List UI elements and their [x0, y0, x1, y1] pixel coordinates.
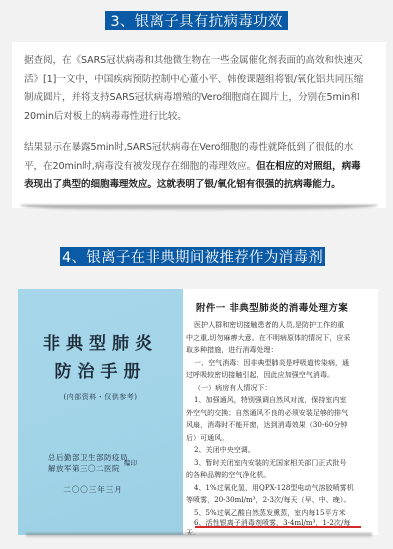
sars-handbook-image: 非典型肺炎 防治手册 (内部资料・仅供参考) 总后勤部卫生部防疫局 解放军第三〇… [18, 289, 378, 535]
doc-line: 中之重,切勿麻痹大意。在不明病原体的情况下，应采 [186, 333, 350, 343]
doc-line: 的各种品牌的空气净化机。 [186, 470, 271, 480]
section-4-heading: 4、银离子在非典期间被推荐作为消毒剂 [60, 247, 325, 266]
cover-title-line-2: 防治手册 [18, 357, 183, 382]
card-shadow [20, 205, 378, 211]
doc-line: 后）可通风。 [186, 433, 228, 443]
doc-line: 等喷雾，20-30ml/m³，2-3次/每天（早、中、晚）。 [186, 495, 351, 505]
doc-line: 一、空气消毒：因非典型肺炎是呼吸道传染病，通 [194, 358, 349, 368]
doc-line: 2、关闭中央空调。 [194, 445, 255, 455]
handbook-cover: 非典型肺炎 防治手册 (内部资料・仅供参考) 总后勤部卫生部防疫局 解放军第三〇… [18, 289, 183, 535]
cover-edited-by: 编印 [124, 458, 137, 467]
section-3-paragraph-2: 结果显示在暴露5min时,SARS冠状病毒在Vero细胞的毒性就降低到了很低的水… [24, 139, 366, 195]
section-3-paragraph-1: 据查阅，在《SARS冠状病毒和其他微生物在一些金属催化剂表面的高效和快速灭活》[… [24, 52, 366, 126]
doc-line: 取多种措施，进行消毒处理： [186, 345, 278, 355]
section-3-heading: 3、银离子具有抗病毒功效 [105, 11, 288, 30]
doc-line: 风扇，消毒时不能开窗，达到消毒效果（30-60分钟 [186, 420, 347, 430]
cover-note: (内部资料・仅供参考) [18, 392, 183, 402]
doc-title: 附件一 非典型肺炎的消毒处理方案 [196, 300, 348, 314]
doc-line: 5、5%过氧乙酸自然蒸发熏蒸，室内每15平方米 [194, 508, 346, 518]
doc-line: （一）病房有人情况下： [194, 383, 272, 393]
doc-line: 4、1%过氧化氢，用QPX-128型电动气溶胶喷雾机 [194, 483, 354, 493]
doc-line: 外空气的交换；自然通风不良的必须安装足够的排气 [186, 408, 348, 418]
doc-line: 过呼吸较密切接触引起，因此应加强空气消毒。 [186, 370, 334, 380]
cover-title-line-1: 非典型肺炎 [18, 329, 183, 354]
doc-line: 医护人群和密切接触患者的人员,是防护工作的重 [194, 320, 344, 330]
red-underline [195, 526, 361, 528]
cover-date: 二〇〇三年三月 [18, 484, 168, 495]
doc-line: 3、暂时关闭室内安装的无国家相关部门正式批号 [194, 458, 347, 468]
disinfection-plan-page: 附件一 非典型肺炎的消毒处理方案 医护人群和密切接触患者的人员,是防护工作的重 … [183, 289, 378, 535]
cover-org-2: 解放军第三〇二医院 [48, 463, 120, 474]
cover-org-1: 总后勤部卫生部防疫局 [48, 452, 128, 463]
doc-line: 1、加强通风，特别强调自然风对流，保持室内室 [194, 395, 347, 405]
figure-shadow [26, 533, 372, 538]
